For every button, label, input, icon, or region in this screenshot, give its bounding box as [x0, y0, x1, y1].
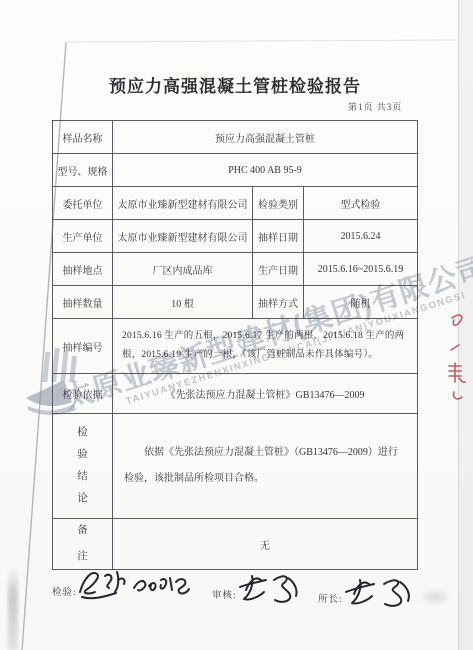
row-value: 厂区内成品库	[113, 253, 253, 285]
table-row: 抽样编号 2015.6.16 生产的五根，2015.6.17 生产的两根，201…	[53, 319, 417, 374]
signature-inspector-2	[130, 572, 192, 598]
row-label: 委托单位	[53, 187, 113, 219]
table-row: 委托单位 太原市业臻新型建材有限公司 检验类别 型式检验	[53, 187, 417, 220]
conclusion-label-vertical: 检验结论	[76, 422, 90, 510]
row-label: 备注	[53, 519, 113, 569]
row-value: 太原市业臻新型建材有限公司	[113, 187, 253, 219]
scanned-report-page: 太原业臻新型建材(集团)有限公司 TAIYUANYEZHENXINXINGJIA…	[0, 0, 473, 650]
row-value-2: 随机	[304, 286, 417, 318]
table-row: 备注 无	[53, 519, 417, 569]
inspector-label: 检验:	[52, 584, 77, 598]
row-label: 样品名称	[53, 121, 113, 153]
row-label: 抽样数量	[53, 286, 113, 318]
page-indicator: 第1页 共3页	[348, 100, 402, 113]
row-value-2: 2015.6.24	[304, 220, 417, 252]
row-label: 检验依据	[53, 374, 113, 413]
row-value-2: 型式检验	[304, 187, 417, 219]
director-label: 所长:	[318, 591, 343, 605]
row-label-2: 抽样日期	[253, 220, 304, 252]
row-value: 预应力高强混凝土管桩	[113, 121, 417, 153]
row-label-2: 抽样方式	[253, 286, 304, 318]
report-title: 预应力高强混凝土管桩检验报告	[50, 72, 420, 97]
table-row: 抽样地点 厂区内成品库 生产日期 2015.6.16~2015.6.19	[53, 253, 417, 286]
row-label: 抽样地点	[53, 253, 113, 285]
table-row: 样品名称 预应力高强混凝土管桩	[53, 121, 417, 154]
row-value-2: 2015.6.16~2015.6.19	[304, 253, 417, 285]
row-label-2: 生产日期	[253, 253, 304, 285]
row-value: 无	[113, 519, 417, 569]
table-row: 检验结论 依据《先张法预应力混凝土管桩》（GB13476—2009）进行检验，该…	[53, 414, 417, 519]
scan-smudge	[418, 588, 452, 606]
row-value: 2015.6.16 生产的五根，2015.6.17 生产的两根，2015.6.1…	[113, 319, 417, 373]
remarks-label-vertical: 备注	[76, 519, 90, 569]
row-value: 10 根	[113, 286, 253, 318]
report-table: 样品名称 预应力高强混凝土管桩 型号、规格 PHC 400 AB 95-9 委托…	[52, 120, 418, 570]
row-value: 太原市业臻新型建材有限公司	[113, 220, 253, 252]
row-label: 抽样编号	[53, 319, 113, 373]
table-row: 型号、规格 PHC 400 AB 95-9	[53, 154, 417, 187]
row-label-2: 检验类别	[253, 187, 304, 219]
row-label: 型号、规格	[53, 154, 113, 186]
row-value: 《先张法预应力混凝土管桩》GB13476—2009	[113, 374, 417, 413]
signature-inspector-1	[74, 566, 130, 602]
row-value: PHC 400 AB 95-9	[113, 154, 417, 186]
row-label: 生产单位	[53, 220, 113, 252]
signature-reviewer	[236, 568, 302, 606]
table-row: 抽样数量 10 根 抽样方式 随机	[53, 286, 417, 319]
reviewer-label: 审核:	[212, 587, 237, 601]
row-label: 检验结论	[53, 414, 113, 518]
scan-shadow-streak	[8, 566, 18, 650]
sample-number-text: 2015.6.16 生产的五根，2015.6.17 生产的两根，2015.6.1…	[113, 325, 417, 367]
row-value: 依据《先张法预应力混凝土管桩》（GB13476—2009）进行检验，该批制品所检…	[113, 414, 417, 518]
red-margin-marks	[444, 310, 470, 405]
conclusion-text: 依据《先张法预应力混凝土管桩》（GB13476—2009）进行检验，该批制品所检…	[113, 440, 417, 492]
signature-director	[342, 572, 416, 610]
table-row: 检验依据 《先张法预应力混凝土管桩》GB13476—2009	[53, 374, 417, 414]
table-row: 生产单位 太原市业臻新型建材有限公司 抽样日期 2015.6.24	[53, 220, 417, 253]
